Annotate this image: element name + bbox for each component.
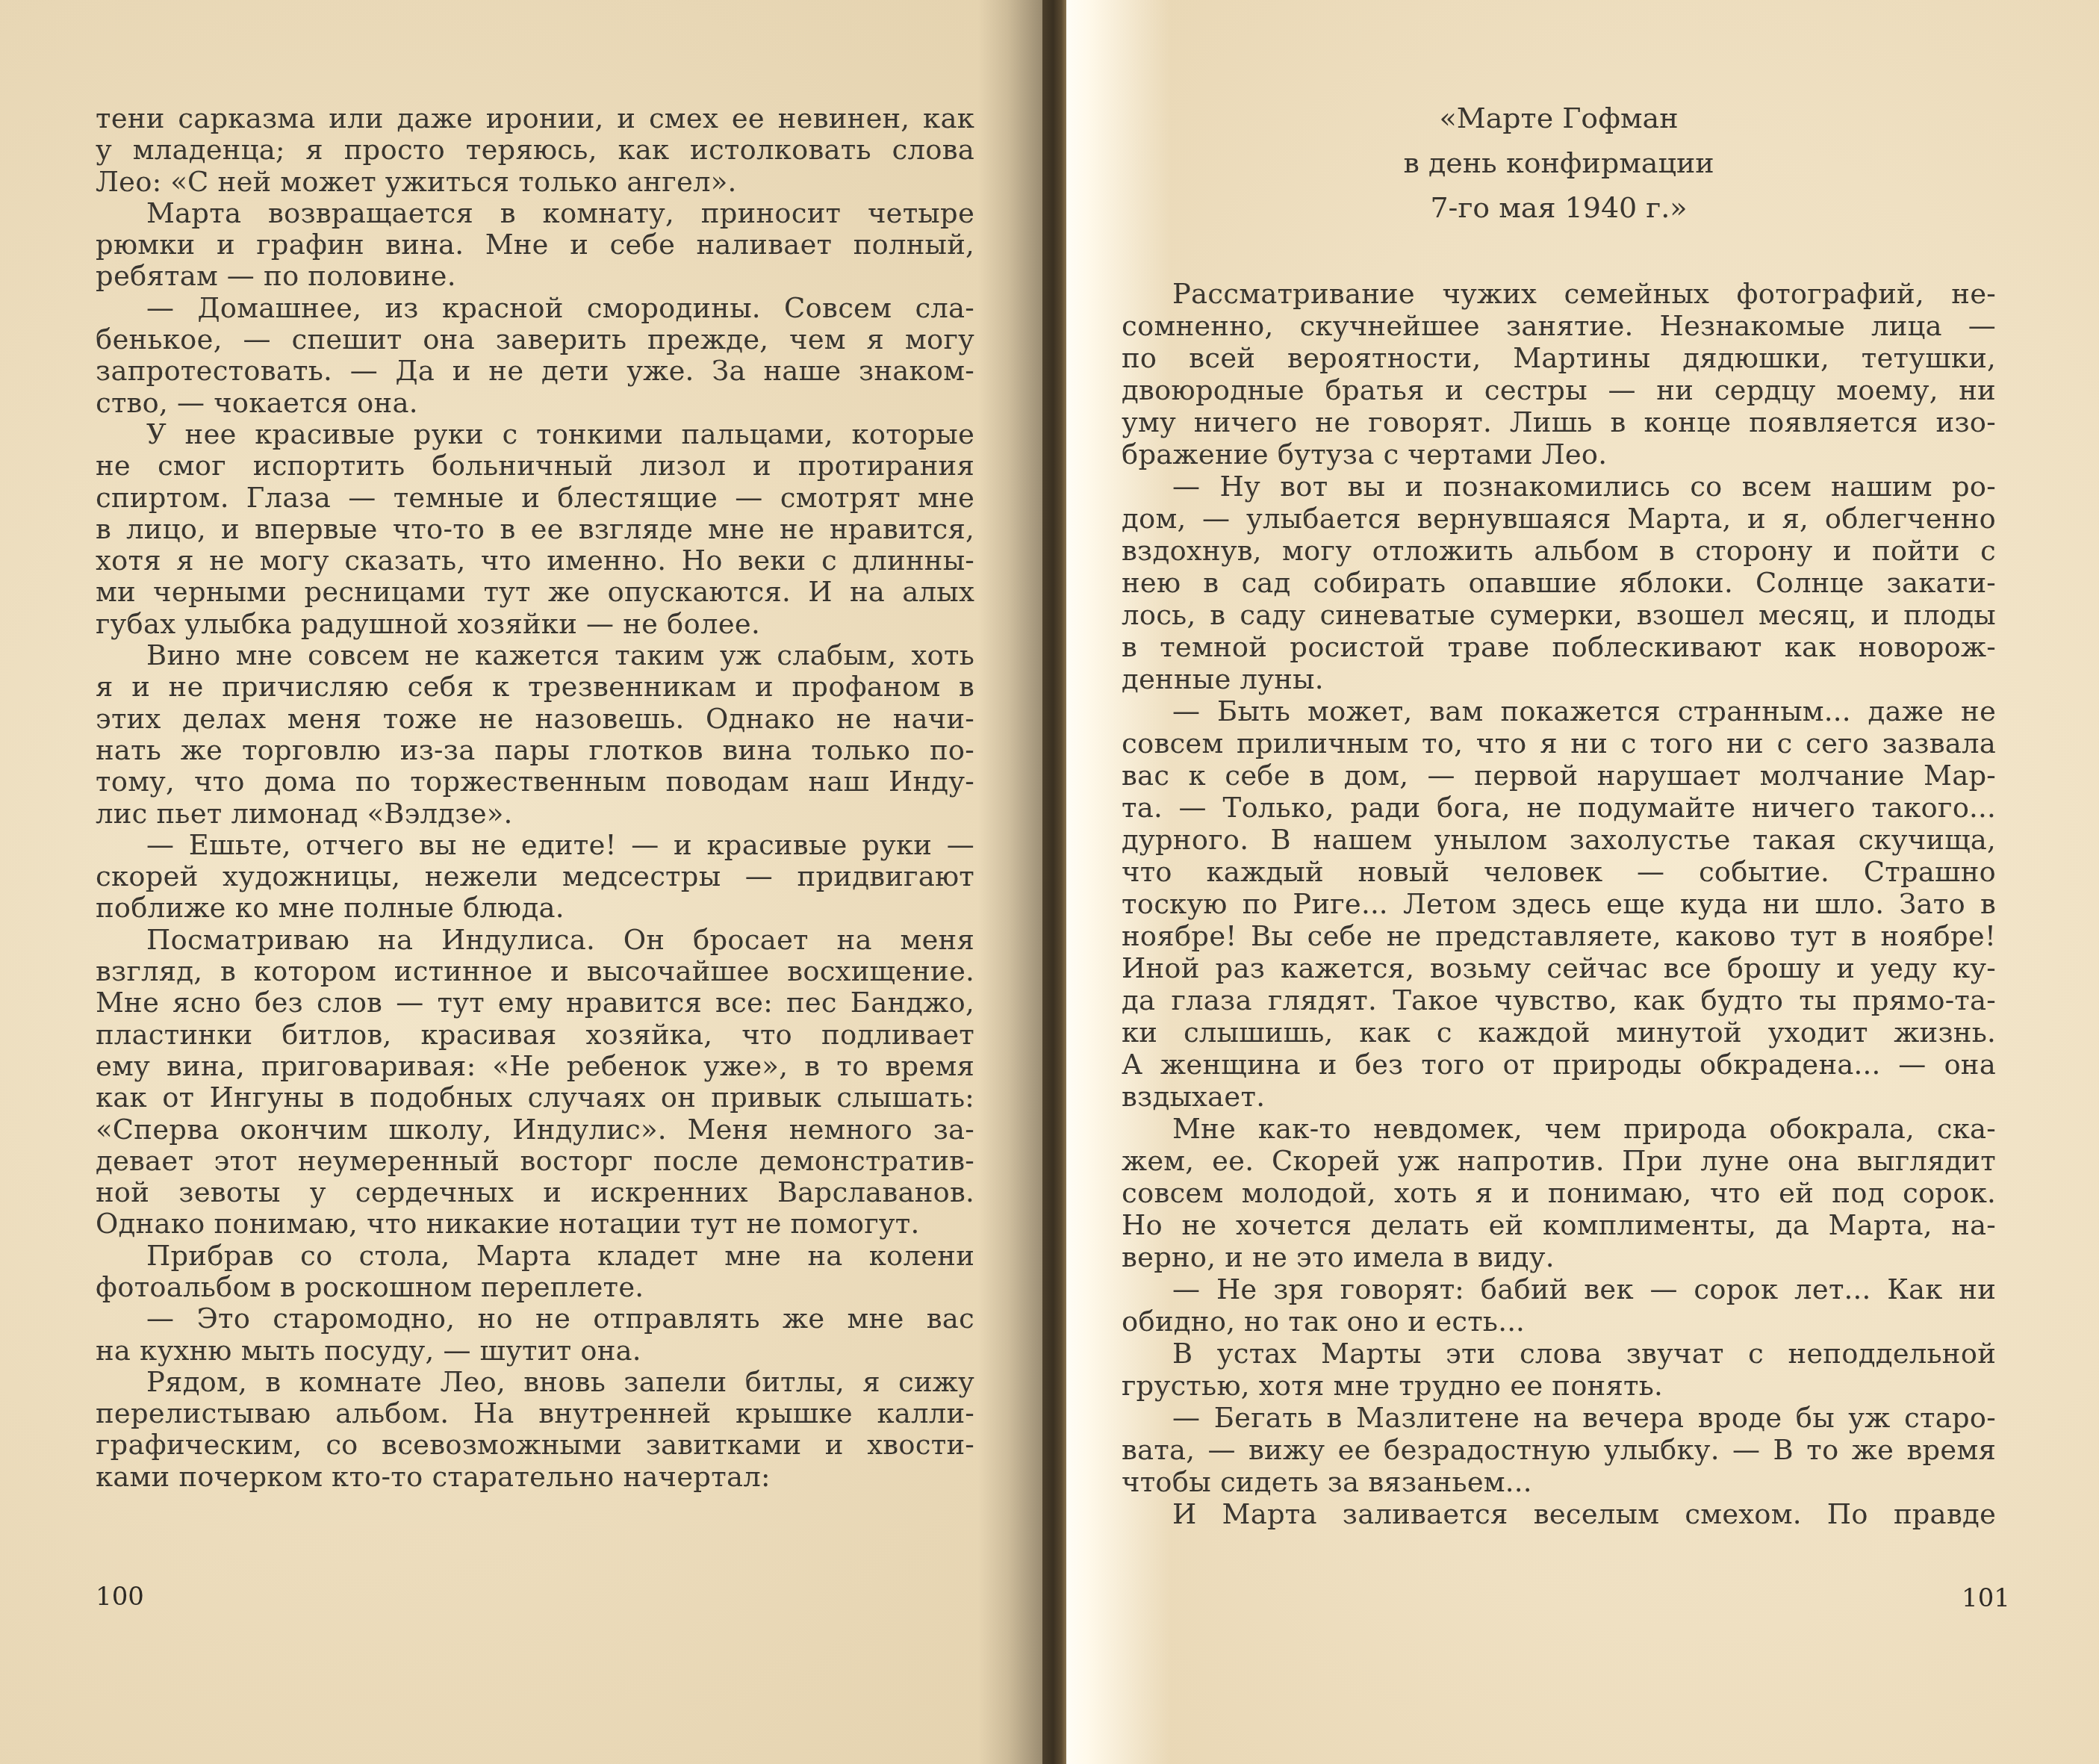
text-line: уму ничего не говорят. Лишь в конце появ… — [1122, 406, 1996, 438]
text-line: Но не хочется делать ей комплименты, да … — [1122, 1209, 1996, 1241]
text-line: взгляд, в котором истинное и высочайшее … — [96, 956, 974, 987]
text-line: — Домашнее, из красной смородины. Совсем… — [96, 293, 974, 324]
text-line: совсем приличным то, что я ни с того ни … — [1122, 727, 1996, 760]
book-spine — [1042, 0, 1066, 1764]
text-line: ребятам — по половине. — [96, 261, 974, 292]
text-line: — Быть может, вам покажется странным... … — [1122, 695, 1996, 727]
text-line: по всей вероятности, Мартины дядюшки, те… — [1122, 342, 1996, 374]
text-line: пластинки битлов, красивая хозяйка, что … — [96, 1019, 974, 1051]
text-line: в темной росистой траве поблескивают как… — [1122, 631, 1996, 663]
text-line: девает этот неумеренный восторг после де… — [96, 1146, 974, 1177]
text-line: Рассматривание чужих семейных фотографий… — [1122, 278, 1996, 310]
text-line: дурного. В нашем унылом захолустье такая… — [1122, 824, 1996, 856]
text-line: тени сарказма или даже иронии, и смех ее… — [96, 103, 974, 134]
text-line: графическим, со всевозможными завитками … — [96, 1429, 974, 1461]
text-line: что каждый новый человек — событие. Стра… — [1122, 856, 1996, 888]
inscription-line: 7-го мая 1940 г.» — [1122, 185, 1996, 230]
inscription-line: в день конфирмации — [1122, 140, 1996, 185]
text-line: тоскую по Риге... Летом здесь еще куда н… — [1122, 888, 1996, 920]
text-line: бражение бутуза с чертами Лео. — [1122, 438, 1996, 470]
text-line: А женщина и без того от природы обкраден… — [1122, 1049, 1996, 1081]
text-line: не смог испортить больничный лизол и про… — [96, 450, 974, 482]
text-line: тому, что дома по торжественным поводам … — [96, 766, 974, 798]
text-line: Вино мне совсем не кажется таким уж слаб… — [96, 640, 974, 671]
text-line: верно, и не это имела в виду. — [1122, 1241, 1996, 1273]
text-line: нею в сад собирать опавшие яблоки. Солнц… — [1122, 567, 1996, 599]
text-line: нать же торговлю из-за пары глотков вина… — [96, 735, 974, 766]
text-line: ной зевоты у сердечных и искренних Варсл… — [96, 1177, 974, 1208]
text-line: скорей художницы, нежели медсестры — при… — [96, 861, 974, 892]
text-line: Иной раз кажется, возьму сейчас все брош… — [1122, 952, 1996, 984]
text-line: В устах Марты эти слова звучат с неподде… — [1122, 1338, 1996, 1370]
text-line: да глаза глядят. Такое чувство, как будт… — [1122, 984, 1996, 1016]
text-line: хотя я не могу сказать, что именно. Но в… — [96, 545, 974, 577]
text-line: — Ну вот вы и познакомились со всем наши… — [1122, 470, 1996, 503]
text-line: ноябре! Вы себе не представляете, каково… — [1122, 920, 1996, 952]
text-line: жем, ее. Скорей уж напротив. При луне он… — [1122, 1145, 1996, 1177]
text-line: У нее красивые руки с тонкими пальцами, … — [96, 419, 974, 450]
text-line: Лео: «С ней может ужиться только ангел». — [96, 167, 974, 198]
right-page-body: Рассматривание чужих семейных фотографий… — [1122, 278, 1996, 1530]
text-line: сомненно, скучнейшее занятие. Незнакомые… — [1122, 310, 1996, 342]
text-line: двоюродные братья и сестры — ни сердцу м… — [1122, 374, 1996, 406]
text-line: совсем молодой, хоть я и понимаю, что ей… — [1122, 1177, 1996, 1209]
text-line: фотоальбом в роскошном переплете. — [96, 1272, 974, 1303]
text-line: на кухню мыть посуду, — шутит она. — [96, 1335, 974, 1367]
text-line: — Ешьте, отчего вы не едите! — и красивы… — [96, 830, 974, 861]
text-line: грустью, хотя мне трудно ее понять. — [1122, 1370, 1996, 1402]
text-line: губах улыбка радушной хозяйки — не более… — [96, 609, 974, 640]
text-line: чтобы сидеть за вязаньем... — [1122, 1466, 1996, 1498]
text-line: Мне как-то невдомек, чем природа обокрал… — [1122, 1113, 1996, 1145]
text-line: в лицо, и впервые что-то в ее взгляде мн… — [96, 514, 974, 545]
text-line: спиртом. Глаза — темные и блестящие — см… — [96, 482, 974, 514]
text-line: Рядом, в комнате Лео, вновь запели битлы… — [96, 1367, 974, 1398]
text-line: рюмки и графин вина. Мне и себе наливает… — [96, 229, 974, 261]
text-line: — Не зря говорят: бабий век — сорок лет.… — [1122, 1273, 1996, 1305]
text-line: как от Ингуны в подобных случаях он прив… — [96, 1082, 974, 1114]
text-line: ки слышишь, как с каждой минутой уходит … — [1122, 1016, 1996, 1049]
text-line: запротестовать. — Да и не дети уже. За н… — [96, 355, 974, 387]
text-line: ми черными ресницами тут же опускаются. … — [96, 577, 974, 608]
text-line: этих делах меня тоже не назовешь. Однако… — [96, 704, 974, 735]
text-line: та. — Только, ради бога, не подумайте ни… — [1122, 792, 1996, 824]
text-line: у младенца; я просто теряюсь, как истолк… — [96, 134, 974, 166]
text-line: я и не причисляю себя к трезвенникам и п… — [96, 671, 974, 703]
text-line: вата, — вижу ее безрадостную улыбку. — В… — [1122, 1434, 1996, 1466]
text-line: вздохнув, могу отложить альбом в сторону… — [1122, 535, 1996, 567]
text-line: ство, — чокается она. — [96, 388, 974, 419]
left-page: тени сарказма или даже иронии, и смех ее… — [0, 0, 1045, 1764]
text-line: Марта возвращается в комнату, приносит ч… — [96, 198, 974, 229]
text-line: перелистываю альбом. На внутренней крышк… — [96, 1398, 974, 1429]
text-line: Однако понимаю, что никакие нотации тут … — [96, 1208, 974, 1240]
text-line: дом, — улыбается вернувшаяся Марта, и я,… — [1122, 503, 1996, 535]
page-number-right: 101 — [1962, 1583, 2010, 1613]
text-line: ками почерком кто-то старательно начерта… — [96, 1462, 974, 1493]
text-line: И Марта заливается веселым смехом. По пр… — [1122, 1498, 1996, 1530]
text-line: Посматриваю на Индулиса. Он бросает на м… — [96, 925, 974, 956]
text-line: «Сперва окончим школу, Индулис». Меня не… — [96, 1114, 974, 1146]
text-line: ему вина, приговаривая: «Не ребенок уже»… — [96, 1051, 974, 1082]
album-inscription: «Марте Гофман в день конфирмации 7-го ма… — [1122, 96, 1996, 230]
text-line: — Это старомодно, но не отправлять же мн… — [96, 1303, 974, 1335]
text-line: обидно, но так оно и есть... — [1122, 1305, 1996, 1338]
text-line: вас к себе в дом, — первой нарушает молч… — [1122, 760, 1996, 792]
text-line: вздыхает. — [1122, 1081, 1996, 1113]
text-line: лис пьет лимонад «Вэлдзе». — [96, 798, 974, 830]
text-line: — Бегать в Мазлитене на вечера вроде бы … — [1122, 1402, 1996, 1434]
text-line: денные луны. — [1122, 663, 1996, 695]
right-page: «Марте Гофман в день конфирмации 7-го ма… — [1066, 0, 2099, 1764]
left-page-body: тени сарказма или даже иронии, и смех ее… — [96, 103, 974, 1493]
text-line: Мне ясно без слов — тут ему нравится все… — [96, 987, 974, 1019]
text-line: Прибрав со стола, Марта кладет мне на ко… — [96, 1240, 974, 1272]
text-line: поближе ко мне полные блюда. — [96, 892, 974, 924]
page-number-left: 100 — [96, 1582, 144, 1612]
text-line: лось, в саду синеватые сумерки, взошел м… — [1122, 599, 1996, 631]
inscription-line: «Марте Гофман — [1122, 96, 1996, 140]
text-line: бенькое, — спешит она заверить прежде, ч… — [96, 324, 974, 355]
